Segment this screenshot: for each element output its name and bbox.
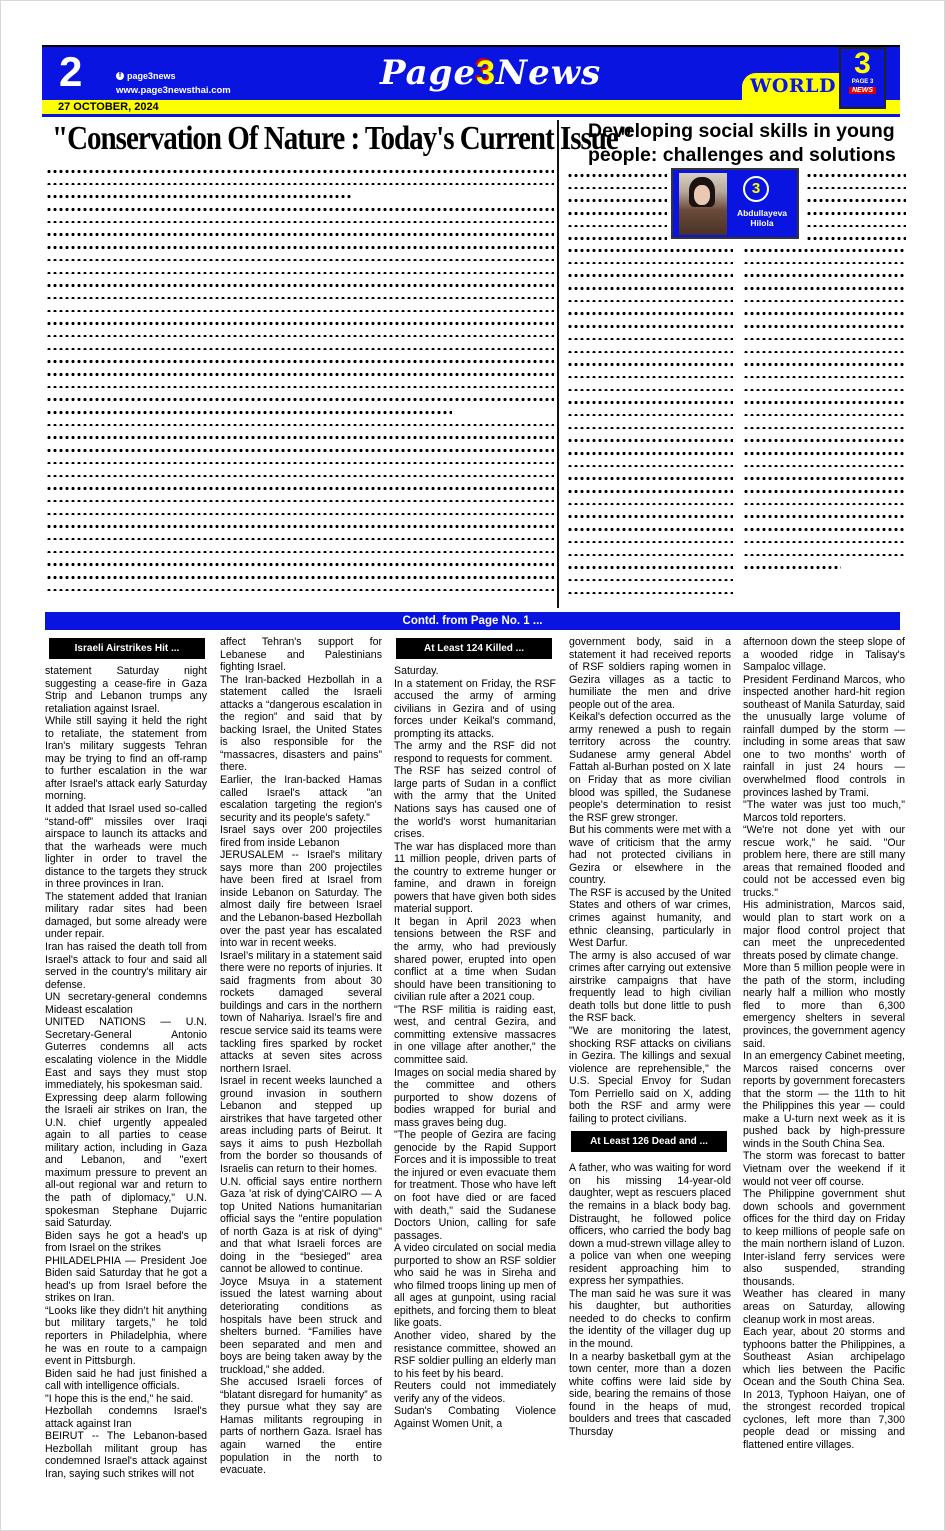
article-kicker-israeli-airstrikes: Israeli Airstrikes Hit ...: [49, 638, 205, 659]
paragraph: In a statement on Friday, the RSF accuse…: [394, 678, 556, 741]
paragraph: The RSF is accused by the United States …: [569, 887, 731, 950]
article-column-2: affect Tehran's support for Lebanese and…: [220, 636, 382, 1477]
article-column-3: At Least 124 Killed ... Saturday. In a s…: [394, 636, 556, 1430]
logo-number: 3: [854, 49, 871, 79]
paragraph: "The people of Gezira are facing genocid…: [394, 1129, 556, 1242]
paragraph: His administration, Marcos said, would p…: [743, 899, 905, 962]
paragraph: President Ferdinand Marcos, who inspecte…: [743, 674, 905, 799]
paragraph: PHILADELPHIA — President Joe Biden said …: [45, 1255, 207, 1305]
author-name-line1: Abdullayeva: [729, 208, 795, 218]
article-column-5: afternoon down the steep slope of a wood…: [743, 636, 905, 1452]
feature-right-body-placeholder-a: [567, 174, 667, 244]
feature-left-body-placeholder: [46, 170, 554, 610]
paragraph: Expressing deep alarm following the Isra…: [45, 1092, 207, 1230]
paragraph: Weather has cleared in many areas on Sat…: [743, 1288, 905, 1326]
paragraph: But his comments were met with a wave of…: [569, 824, 731, 887]
author-name: Abdullayeva Hilola: [729, 208, 795, 228]
paragraph: "The RSF militia is raiding east, west, …: [394, 1004, 556, 1067]
paragraph: A video circulated on social media purpo…: [394, 1242, 556, 1330]
paragraph: affect Tehran's support for Lebanese and…: [220, 636, 382, 674]
paragraph: Earlier, the Iran-backed Hamas called Is…: [220, 774, 382, 824]
paragraph: While still saying it held the right to …: [45, 715, 207, 803]
author-name-line2: Hilola: [729, 218, 795, 228]
masthead-logo: Page3News: [380, 53, 601, 93]
paragraph: Another video, shared by the resistance …: [394, 1330, 556, 1380]
masthead-prefix: Page: [380, 53, 476, 93]
paragraph: It added that Israel used so-called “sta…: [45, 803, 207, 891]
subhead: Hezbollah condemns Israel's attack again…: [45, 1405, 207, 1430]
paragraph: The Iran-backed Hezbollah in a statement…: [220, 674, 382, 774]
paragraph: Saturday.: [394, 665, 556, 678]
paragraph: Israel in recent weeks launched a ground…: [220, 1075, 382, 1175]
facebook-icon: f: [116, 72, 124, 80]
paragraph: It began in April 2023 when tensions bet…: [394, 916, 556, 1004]
paragraph: Images on social media shared by the com…: [394, 1067, 556, 1130]
author-brand-logo: 3: [743, 176, 769, 202]
paragraph: Joyce Msuya in a statement issued the la…: [220, 1276, 382, 1376]
paragraph: The army is also accused of war crimes a…: [569, 950, 731, 1025]
subhead: UN secretary-general condemns Mideast es…: [45, 991, 207, 1016]
feature-right-body-placeholder-d: [743, 249, 906, 594]
paragraph: JERUSALEM -- Israel's military says more…: [220, 849, 382, 949]
paragraph: "The water was just too much," Marcos to…: [743, 799, 905, 824]
author-card: 3 Abdullayeva Hilola: [671, 168, 799, 239]
masthead-suffix: News: [496, 53, 601, 93]
paragraph: Each year, about 20 storms and typhoons …: [743, 1326, 905, 1451]
paragraph: The statement added that Iranian militar…: [45, 891, 207, 941]
subhead: Israel says over 200 projectiles fired f…: [220, 824, 382, 849]
facebook-handle-text: page3news: [127, 71, 176, 81]
website-link[interactable]: www.page3newsthai.com: [116, 85, 231, 96]
masthead-number: 3: [476, 54, 496, 92]
paragraph: In an emergency Cabinet meeting, Marcos …: [743, 1050, 905, 1150]
paragraph: "I hope this is the end," he said.: [45, 1393, 207, 1406]
paragraph: “We're not done yet with our rescue work…: [743, 824, 905, 899]
author-photo: [679, 173, 727, 235]
paragraph: U.N. official says entire northern Gaza …: [220, 1176, 382, 1276]
paragraph: In a nearby basketball gym at the town c…: [569, 1351, 731, 1439]
paragraph: Biden said he had just finished a call w…: [45, 1368, 207, 1393]
paragraph: Reuters could not immediately verify any…: [394, 1380, 556, 1405]
page-number: 2: [59, 47, 82, 97]
article-kicker-124-killed: At Least 124 Killed ...: [396, 638, 552, 659]
feature-right-body-placeholder-b: [806, 174, 906, 244]
paragraph: "We are monitoring the latest, shocking …: [569, 1025, 731, 1125]
section-label: WORLD: [750, 75, 836, 97]
paragraph: Sudan's Combating Violence Against Women…: [394, 1405, 556, 1430]
paragraph: She accused Israeli forces of “blatant d…: [220, 1376, 382, 1476]
continued-from-banner: Contd. from Page No. 1 ...: [45, 612, 900, 630]
paragraph: The RSF has seized control of large part…: [394, 765, 556, 840]
paragraph: “Looks like they didn’t hit anything but…: [45, 1305, 207, 1368]
paragraph: The man said he was sure it was his daug…: [569, 1288, 731, 1351]
paragraph: A father, who was waiting for word on hi…: [569, 1162, 731, 1287]
article-kicker-126-dead: At Least 126 Dead and ...: [571, 1131, 727, 1152]
feature-left-title: "Conservation Of Nature : Today's Curren…: [52, 120, 542, 157]
paragraph: UNITED NATIONS — U.N. Secretary-General …: [45, 1016, 207, 1091]
paragraph: The army and the RSF did not respond to …: [394, 740, 556, 765]
paragraph: The war has displaced more than 11 milli…: [394, 841, 556, 916]
paragraph: BEIRUT -- The Lebanon-based Hezbollah mi…: [45, 1430, 207, 1480]
paragraph: statement Saturday night suggesting a ce…: [45, 665, 207, 715]
paragraph: afternoon down the steep slope of a wood…: [743, 636, 905, 674]
paragraph: More than 5 million people were in the p…: [743, 962, 905, 1050]
logo-line1: PAGE 3: [852, 79, 874, 86]
subhead: Biden says he got a head's up from Israe…: [45, 1230, 207, 1255]
facebook-handle[interactable]: f page3news: [116, 71, 176, 81]
paragraph: Keikal's defection occurred as the army …: [569, 711, 731, 824]
paragraph: Iran has raised the death toll from Isra…: [45, 941, 207, 991]
paragraph: Israel’s military in a statement said th…: [220, 950, 382, 1075]
issue-date: 27 OCTOBER, 2024: [58, 100, 159, 114]
paragraph: government body, said in a statement it …: [569, 636, 731, 711]
paragraph: The Philippine government shut down scho…: [743, 1188, 905, 1288]
header-rule: [42, 114, 900, 117]
feature-right-body-placeholder-c: [567, 249, 733, 609]
paragraph: The storm was forecast to batter Vietnam…: [743, 1150, 905, 1188]
brand-logo-badge: 3 PAGE 3 NEWS: [839, 47, 886, 109]
article-column-1: Israeli Airstrikes Hit ... statement Sat…: [45, 636, 207, 1481]
logo-line2: NEWS: [849, 87, 876, 94]
feature-right-title: Developing social skills in young people…: [588, 119, 898, 167]
article-column-4: government body, said in a statement it …: [569, 636, 731, 1438]
page-header: 2 f page3news www.page3newsthai.com 27 O…: [42, 45, 900, 117]
column-divider: [557, 120, 559, 608]
